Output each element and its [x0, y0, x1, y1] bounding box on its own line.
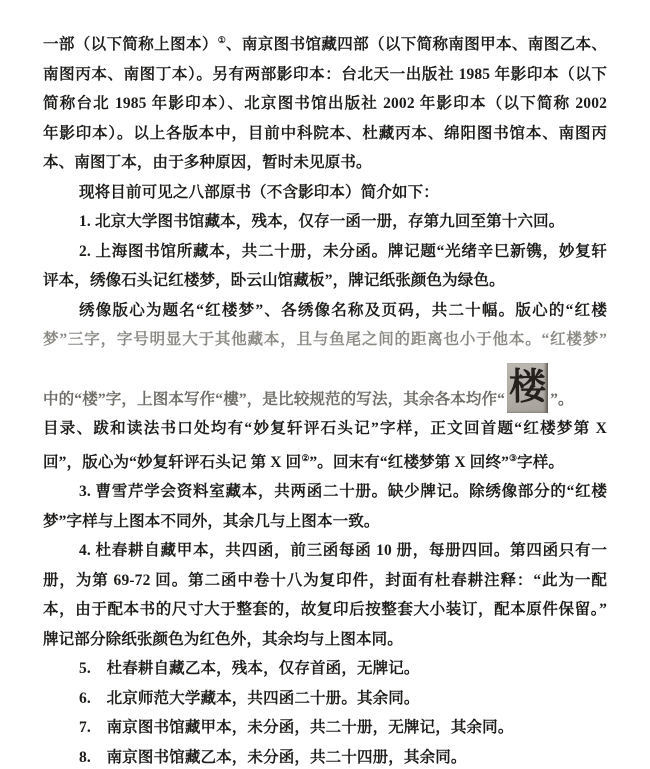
text-line-19: 本，由于配本书的尺寸大于整套的，故复印后按整套大小装订，配本原件保留。”: [43, 595, 607, 625]
text-line-15: 3. 曹雪芹学会资料室藏本，共两函二十册。缺少牌记。除绣像部分的“红楼: [43, 477, 607, 507]
text-line-09: 评本，绣像石头记红楼梦，卧云山馆藏板”，牌记纸张颜色为绿色。: [43, 266, 607, 296]
footnote-marker-1: ①: [218, 35, 226, 45]
line-text: ”。: [550, 391, 574, 408]
lou-character-image: 楼: [507, 363, 548, 413]
text-line-05: 本、南图丁本，由于多种原因，暂时未见原书。: [43, 148, 607, 178]
text-line-04: 年影印本）。以上各版本中，目前中科院本、杜藏丙本、绵阳图书馆本、南图丙: [43, 119, 607, 149]
text-line-18: 册，为第 69-72 回。第二函中卷十八为复印件，封面有杜春耕注释：“此为一配: [43, 566, 607, 596]
text-line-03: 简称台北 1985 年影印本）、北京图书馆出版社 2002 年影印本（以下简称 …: [43, 89, 607, 119]
text-line-08: 2. 上海图书馆所藏本，共二十册，未分函。牌记题“光绪辛巳新镌，妙复轩: [43, 237, 607, 267]
text-line-23: 7. 南京图书馆藏甲本，未分函，共二十册，无牌记，其余同。: [43, 713, 607, 743]
text-line-22: 6. 北京师范大学藏本，共四函二十册。其余同。: [43, 684, 607, 714]
line-text: 一部（以下简称上图本）: [43, 36, 218, 53]
text-line-12: 中的“楼”字，上图本写作“樓”，是比较规范的写法，其余各本均作“楼”。: [43, 363, 607, 415]
line-text: 、南京图书馆藏四部（以下简称南图甲本、南图乙本、: [226, 36, 607, 53]
text-line-17: 4. 杜春耕自藏甲本，共四函，前三函每函 10 册，每册四回。第四函只有一: [43, 536, 607, 566]
text-line-21: 5. 杜春耕自藏乙本，残本，仅存首函，无牌记。: [43, 654, 607, 684]
text-line-11: 梦”三字，字号明显大于其他藏本，且与鱼尾之间的距离也小于他本。“红楼梦”: [43, 325, 607, 355]
text-line-06: 现将目前可见之八部原书（不含影印本）简介如下：: [43, 178, 607, 208]
text-line-14: 回”，版心为“妙复轩评石头记 第 X 回②”。回末有“红楼梦第 X 回终”③字样…: [43, 444, 607, 478]
document-page: 一部（以下简称上图本）①、南京图书馆藏四部（以下简称南图甲本、南图乙本、 南图丙…: [0, 0, 650, 769]
text-line-20: 牌记部分除纸张颜色为红色外，其余均与上图本同。: [43, 625, 607, 655]
text-line-16: 梦”字样与上图本不同外，其余几与上图本一致。: [43, 507, 607, 537]
lou-character-glyph: 楼: [509, 362, 547, 413]
line-text: ”。回末有“红楼梦第 X 回终”: [309, 454, 509, 471]
text-line-24: 8. 南京图书馆藏乙本，未分函，共二十四册，其余同。: [43, 743, 607, 769]
document-text-block: 一部（以下简称上图本）①、南京图书馆藏四部（以下简称南图甲本、南图乙本、 南图丙…: [0, 0, 650, 769]
text-line-02: 南图丙本、南图丁本）。另有两部影印本：台北天一出版社 1985 年影印本（以下: [43, 60, 607, 90]
text-line-10: 绣像版心为题名“红楼梦”、各绣像名称及页码，共二十幅。版心的“红楼: [43, 296, 607, 326]
text-line-13: 目录、跋和读法书口处均有“妙复轩评石头记”字样，正文回首题“红楼梦第 X: [43, 414, 607, 444]
footnote-marker-3: ③: [509, 453, 517, 463]
text-line-01: 一部（以下简称上图本）①、南京图书馆藏四部（以下简称南图甲本、南图乙本、: [43, 26, 607, 60]
line-text: 回”，版心为“妙复轩评石头记 第 X 回: [43, 454, 301, 471]
line-text: 字样。: [517, 454, 564, 471]
line-text: 中的“楼”字，上图本写作“樓”，是比较规范的写法，其余各本均作“: [43, 391, 505, 408]
text-line-07: 1. 北京大学图书馆藏本，残本，仅存一函一册，存第九回至第十六回。: [43, 207, 607, 237]
